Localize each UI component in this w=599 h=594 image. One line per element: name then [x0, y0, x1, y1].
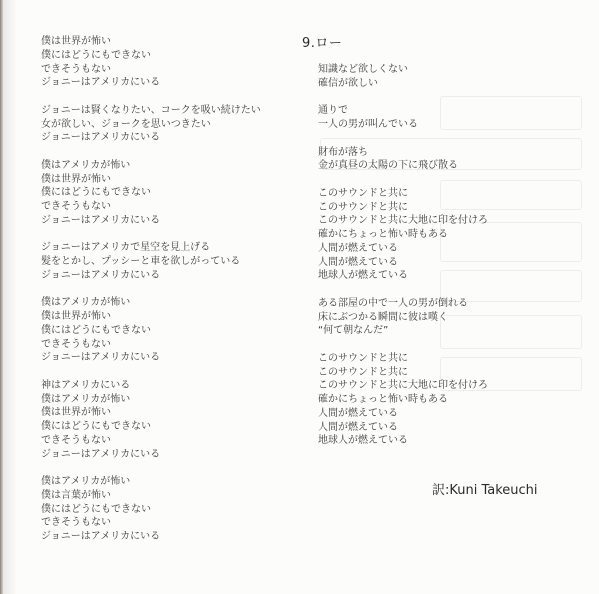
lyric-line: できそうもない — [41, 434, 291, 448]
lyric-line: 神はアメリカにいる — [41, 379, 291, 393]
translator-credit: 訳:Kuni Takeuchi — [432, 482, 538, 500]
lyric-line: 僕はアメリカが怖い — [41, 475, 291, 489]
stanza: 知識など欲しくない 確信が欲しい — [318, 63, 588, 91]
lyric-line: できそうもない — [41, 200, 291, 214]
stanza: 神はアメリカにいる 僕はアメリカが怖い 僕は世界が怖い 僕にはどうにもできない … — [41, 379, 291, 462]
lyric-line: 金が真昼の太陽の下に飛び散る — [318, 159, 588, 173]
stanza: ジョニーはアメリカで星空を見上げる 髪をとかし、プッシーと車を欲しがっている ジ… — [41, 241, 291, 282]
lyric-line: 確かにちょっと怖い時もある — [318, 228, 588, 242]
stanza: ある部屋の中で一人の男が倒れる 床にぶつかる瞬間に彼は嘆く “何て朝なんだ” — [318, 297, 588, 338]
lyric-line: 通りで — [318, 104, 588, 118]
lyric-line: 僕にはどうにもできない — [41, 420, 291, 434]
lyric-line: 僕は世界が怖い — [41, 406, 291, 420]
lyric-line: このサウンドと共に — [318, 352, 588, 366]
lyric-line: 僕はアメリカが怖い — [41, 159, 291, 173]
lyric-line: このサウンドと共に — [318, 187, 588, 201]
lyric-line: 僕は世界が怖い — [41, 35, 291, 49]
lyric-line: このサウンドと共に大地に印を付けろ — [318, 214, 588, 228]
lyrics-right-column: 知識など欲しくない 確信が欲しい 通りで 一人の男が叫んでいる 財布が落ち 金が… — [318, 63, 588, 462]
stanza: 僕は世界が怖い 僕にはどうにもできない できそうもない ジョニーはアメリカにいる — [41, 35, 291, 90]
stanza: このサウンドと共に このサウンドと共に このサウンドと共に大地に印を付けろ 確か… — [318, 187, 588, 283]
lyric-line: 一人の男が叫んでいる — [318, 118, 588, 132]
lyric-line: 地球人が燃えている — [318, 434, 588, 448]
lyric-line: 地球人が燃えている — [318, 269, 588, 283]
lyric-line: 女が欲しい、ジョークを思いつきたい — [41, 118, 291, 132]
lyric-line: 髪をとかし、プッシーと車を欲しがっている — [41, 255, 291, 269]
lyric-line: 僕はアメリカが怖い — [41, 393, 291, 407]
lyric-line: ジョニーはアメリカにいる — [41, 214, 291, 228]
stanza: 僕はアメリカが怖い 僕は世界が怖い 僕にはどうにもできない できそうもない ジョ… — [41, 159, 291, 228]
lyric-line: “何て朝なんだ” — [318, 324, 588, 338]
stanza: 僕はアメリカが怖い 僕は言葉が怖い 僕にはどうにもできない できそうもない ジョ… — [41, 475, 291, 544]
lyric-line: ジョニーは賢くなりたい、コークを吸い続けたい — [41, 104, 291, 118]
lyric-line: ある部屋の中で一人の男が倒れる — [318, 297, 588, 311]
lyric-line: 確かにちょっと怖い時もある — [318, 393, 588, 407]
lyric-line: このサウンドと共に大地に印を付けろ — [318, 379, 588, 393]
lyric-line: ジョニーはアメリカにいる — [41, 530, 291, 544]
lyric-line: 床にぶつかる瞬間に彼は嘆く — [318, 311, 588, 325]
lyric-line: このサウンドと共に — [318, 366, 588, 380]
lyric-line: 人間が燃えている — [318, 421, 588, 435]
lyric-line: 人間が燃えている — [318, 242, 588, 256]
lyric-line: ジョニーはアメリカにいる — [41, 448, 291, 462]
lyric-line: ジョニーはアメリカにいる — [41, 351, 291, 365]
lyric-line: 財布が落ち — [318, 146, 588, 160]
lyric-line: 僕は世界が怖い — [41, 173, 291, 187]
stanza: ジョニーは賢くなりたい、コークを吸い続けたい 女が欲しい、ジョークを思いつきたい… — [41, 104, 291, 145]
lyric-line: 僕にはどうにもできない — [41, 49, 291, 63]
lyric-line: 人間が燃えている — [318, 256, 588, 270]
lyric-line: 僕は世界が怖い — [41, 310, 291, 324]
lyric-line: ジョニーはアメリカにいる — [41, 76, 291, 90]
lyric-line: できそうもない — [41, 63, 291, 77]
lyric-line: できそうもない — [41, 516, 291, 530]
lyric-line: このサウンドと共に — [318, 201, 588, 215]
stanza: 僕はアメリカが怖い 僕は世界が怖い 僕にはどうにもできない できそうもない ジョ… — [41, 296, 291, 365]
lyric-line: ジョニーはアメリカで星空を見上げる — [41, 241, 291, 255]
lyric-line: 確信が欲しい — [318, 77, 588, 91]
lyric-line: 僕にはどうにもできない — [41, 324, 291, 338]
stanza: このサウンドと共に このサウンドと共に このサウンドと共に大地に印を付けろ 確か… — [318, 352, 588, 448]
lyric-line: 僕にはどうにもできない — [41, 186, 291, 200]
song-title: 9.ロー — [302, 35, 342, 53]
lyric-line: ジョニーはアメリカにいる — [41, 131, 291, 145]
lyric-line: 僕は言葉が怖い — [41, 489, 291, 503]
lyric-line: 知識など欲しくない — [318, 63, 588, 77]
lyric-line: 人間が燃えている — [318, 407, 588, 421]
lyric-line: できそうもない — [41, 338, 291, 352]
stanza: 通りで 一人の男が叫んでいる — [318, 104, 588, 132]
lyric-line: 僕にはどうにもできない — [41, 503, 291, 517]
lyric-line: ジョニーはアメリカにいる — [41, 269, 291, 283]
binding-shadow — [3, 0, 17, 594]
lyric-line: 僕はアメリカが怖い — [41, 296, 291, 310]
stanza: 財布が落ち 金が真昼の太陽の下に飛び散る — [318, 146, 588, 174]
lyrics-left-column: 僕は世界が怖い 僕にはどうにもできない できそうもない ジョニーはアメリカにいる… — [41, 35, 291, 558]
